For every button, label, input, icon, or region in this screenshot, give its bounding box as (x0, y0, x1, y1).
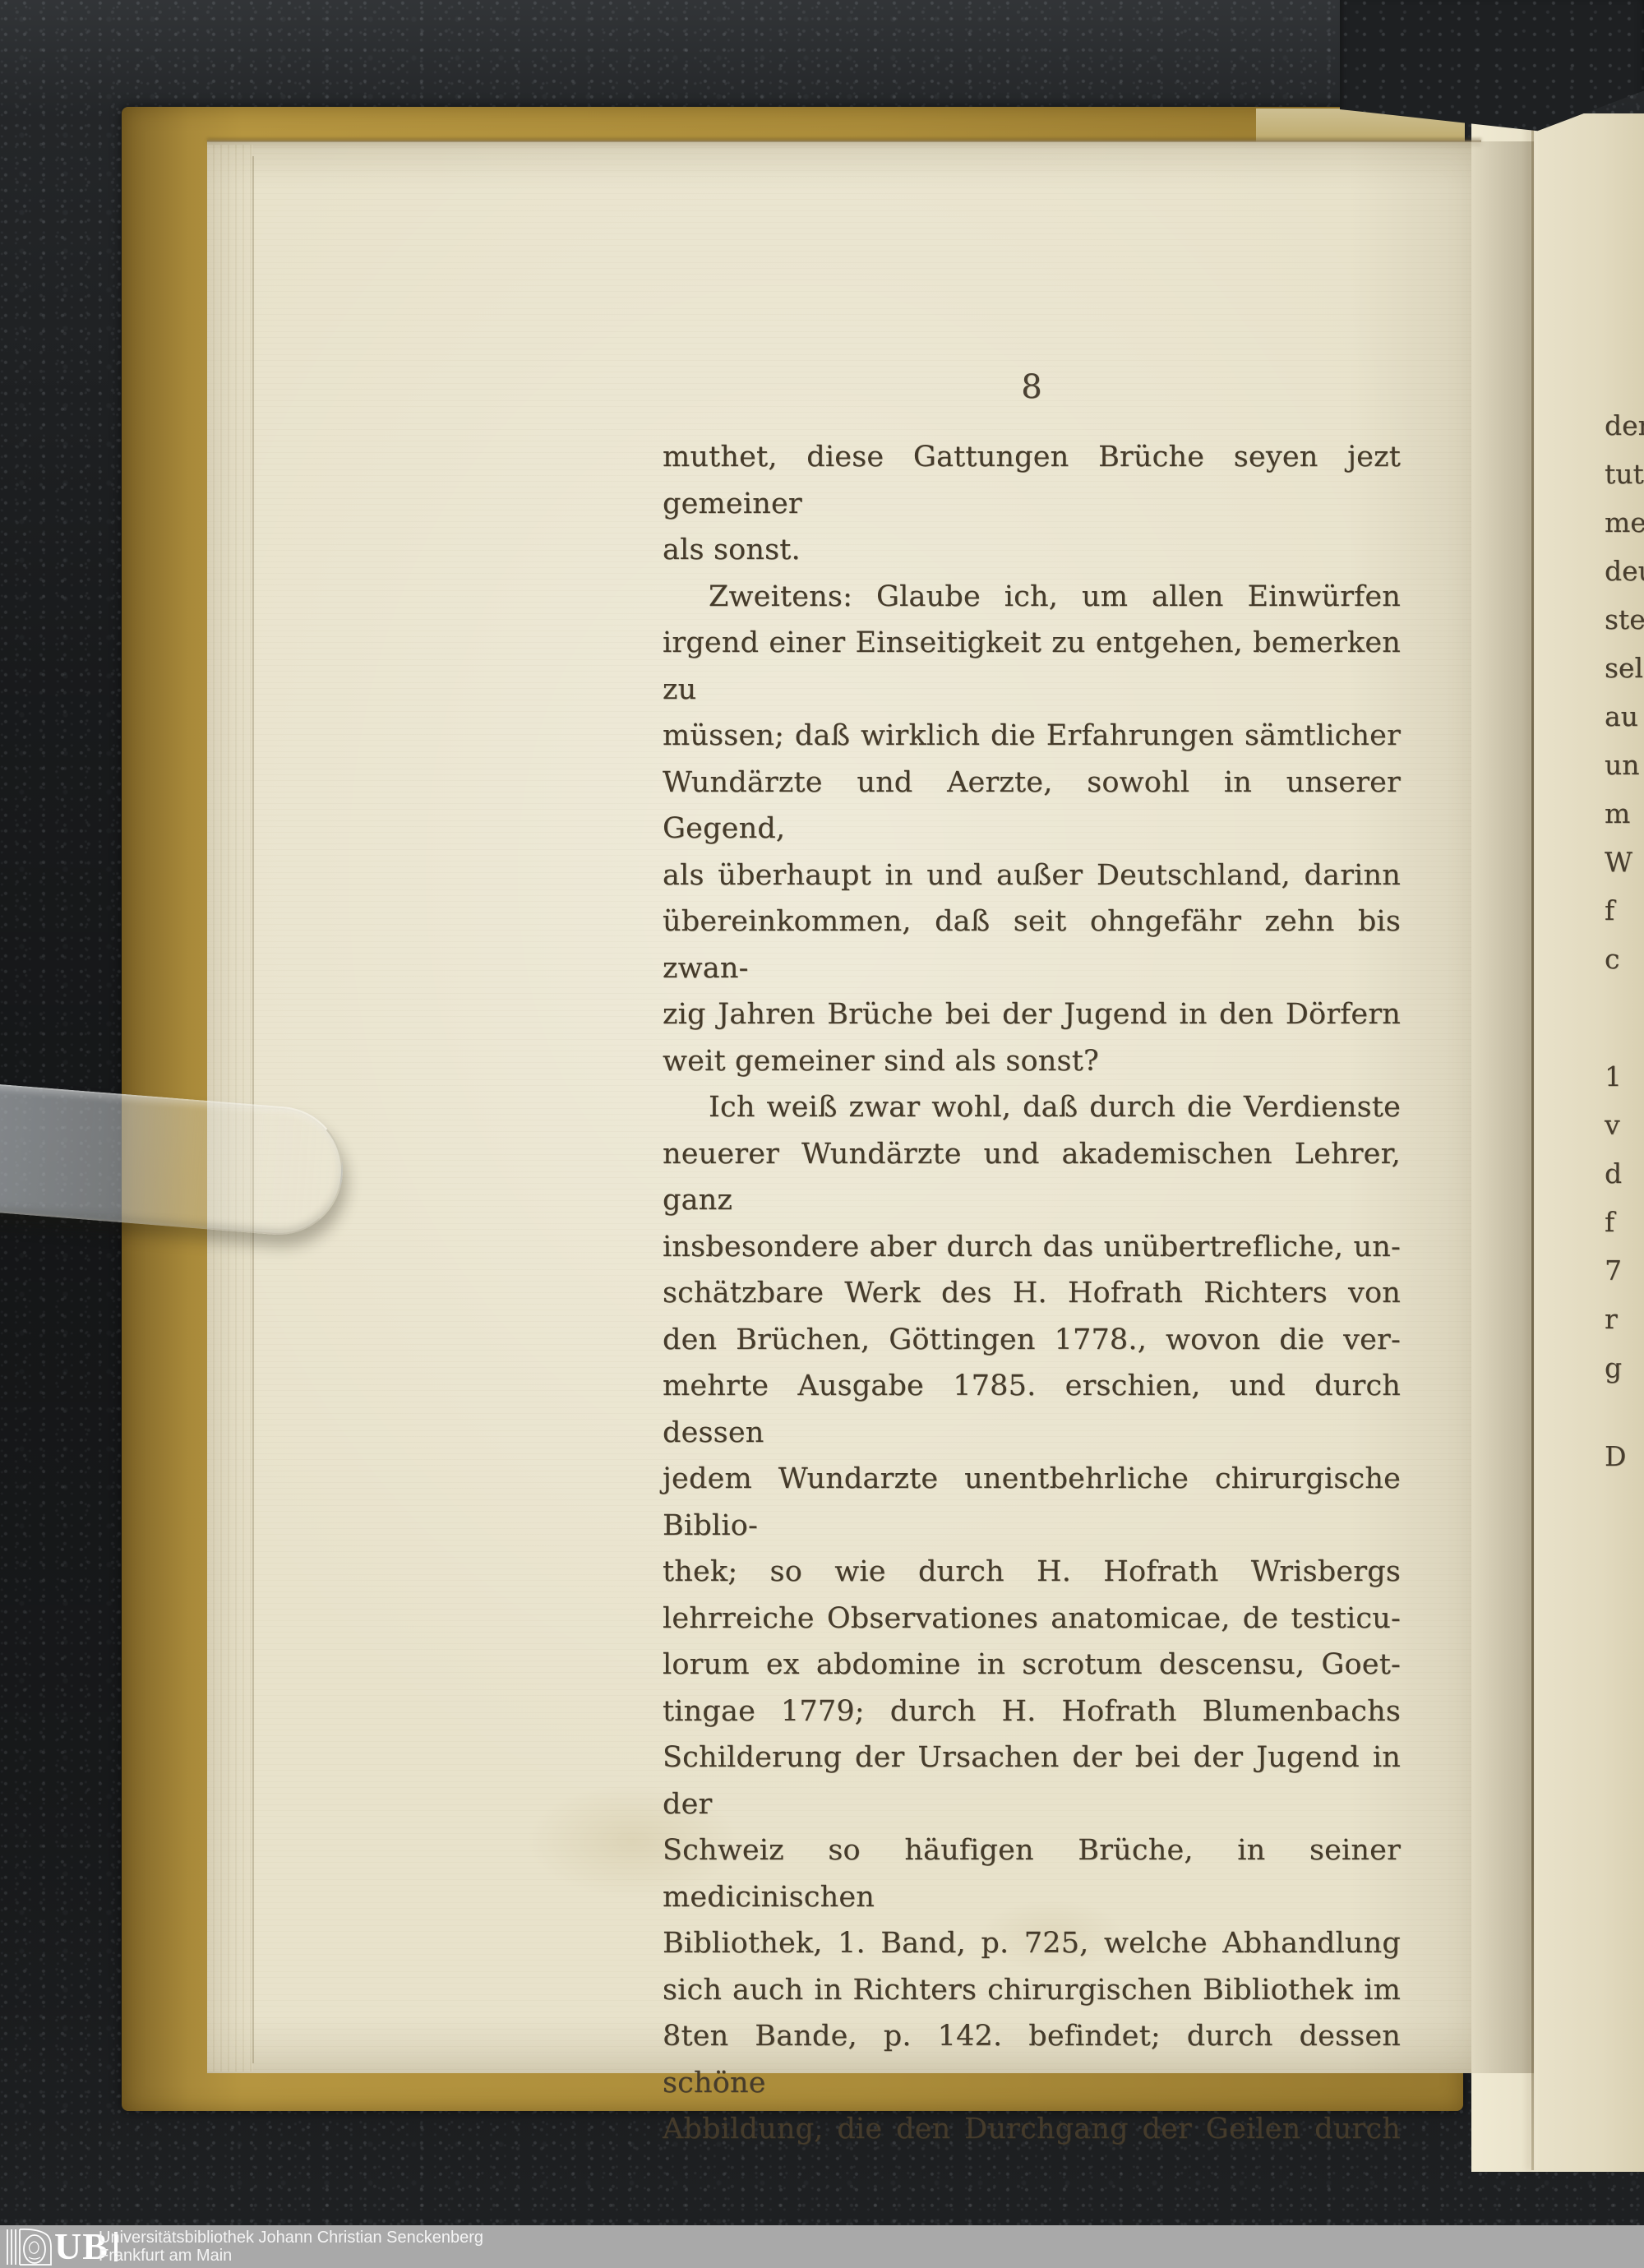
text-line: müssen; daß wirklich die Erfahrungen säm… (663, 713, 1401, 760)
text-fragment: un (1605, 741, 1644, 789)
text-line: tingae 1779; durch H. Hofrath Blumenbach… (663, 1688, 1401, 1735)
text-fragment: ste (1605, 595, 1644, 644)
text-line: Wundärzte und Aerzte, sowohl in unserer … (663, 760, 1401, 852)
text-fragment: W (1605, 838, 1644, 886)
text-line: schätzbare Werk des H. Hofrath Richters … (663, 1270, 1401, 1317)
text-line: zig Jahren Brüche bei der Jugend in den … (663, 991, 1401, 1038)
text-line: Ich weiß zwar wohl, daß durch die Verdie… (663, 1084, 1401, 1131)
text-fragment: c (1605, 935, 1644, 983)
text-fragment: med (1605, 498, 1644, 547)
text-fragment: g (1605, 1343, 1644, 1392)
text-fragment: f (1605, 1198, 1644, 1246)
text-fragment: sel (1605, 644, 1644, 692)
library-location: Frankfurt am Main (99, 2247, 483, 2265)
next-page-text-fragments: den tutio med deu ste sel au un m W f c (1605, 401, 1644, 983)
text-line: Zweitens: Glaube ich, um allen Einwürfen (663, 574, 1401, 621)
text-line: jedem Wundarzte unentbehrliche chirurgis… (663, 1456, 1401, 1549)
page-text-block: 8 muthet, diese Gattungen Brüche seyen j… (663, 368, 1401, 2153)
text-fragment: 1 (1605, 1052, 1644, 1101)
text-line: mehrte Ausgabe 1785. erschien, und durch… (663, 1363, 1401, 1456)
text-fragment: deu (1605, 547, 1644, 595)
text-fragment: den (1605, 401, 1644, 450)
text-line: Schweiz so häufigen Brüche, in seiner me… (663, 1827, 1401, 1920)
text-fragment: tutio (1605, 450, 1644, 498)
text-line: neuerer Wundärzte und akademischen Lehre… (663, 1131, 1401, 1224)
text-line: sich auch in Richters chirurgischen Bibl… (663, 1967, 1401, 2014)
text-line: den Brüchen, Göttingen 1778., wovon die … (663, 1317, 1401, 1364)
text-line: 8ten Bande, p. 142. befindet; durch dess… (663, 2013, 1401, 2106)
text-line: muthet, diese Gattungen Brüche seyen jez… (663, 434, 1401, 527)
text-fragment: f (1605, 886, 1644, 935)
text-fragment: d (1605, 1149, 1644, 1198)
library-name: Universitätsbibliothek Johann Christian … (99, 2229, 483, 2247)
text-line: insbesondere aber durch das unübertrefli… (663, 1224, 1401, 1271)
text-line: übereinkommen, daß seit ohngefähr zehn b… (663, 898, 1401, 991)
page-number: 8 (663, 368, 1401, 434)
text-line: thek; so wie durch H. Hofrath Wrisbergs (663, 1549, 1401, 1596)
text-fragment: v (1605, 1101, 1644, 1149)
text-line: Abbildung, die den Durchgang der Geilen … (663, 2106, 1401, 2153)
book-portrait-icon (5, 2226, 53, 2267)
text-fragment: r (1605, 1295, 1644, 1343)
text-line: als überhaupt in und außer Deutschland, … (663, 852, 1401, 899)
text-fragment: 7 (1605, 1246, 1644, 1295)
text-line: Schilderung der Ursachen der bei der Jug… (663, 1734, 1401, 1827)
text-line: Bibliothek, 1. Band, p. 725, welche Abha… (663, 1920, 1401, 1967)
top-leaf-edge (207, 140, 1481, 142)
next-page-text-fragments: D (1605, 1432, 1644, 1480)
text-line: weit gemeiner sind als sonst? (663, 1038, 1401, 1085)
text-line: irgend einer Einseitigkeit zu entgehen, … (663, 620, 1401, 713)
text-line: als sonst. (663, 527, 1401, 574)
text-line: lehrreiche Observationes anatomicae, de … (663, 1596, 1401, 1642)
text-fragment: D (1605, 1432, 1644, 1480)
text-fragment: m (1605, 789, 1644, 838)
next-page-text-fragments: 1 v d f 7 r g (1605, 1052, 1644, 1392)
text-fragment: au (1605, 692, 1644, 741)
library-footer-bar: UB Universitätsbibliothek Johann Christi… (0, 2225, 1644, 2268)
text-line: lorum ex abdomine in scrotum descensu, G… (663, 1642, 1401, 1688)
library-name-block: Universitätsbibliothek Johann Christian … (99, 2229, 483, 2265)
page-gutter-crease (1531, 117, 1534, 2170)
